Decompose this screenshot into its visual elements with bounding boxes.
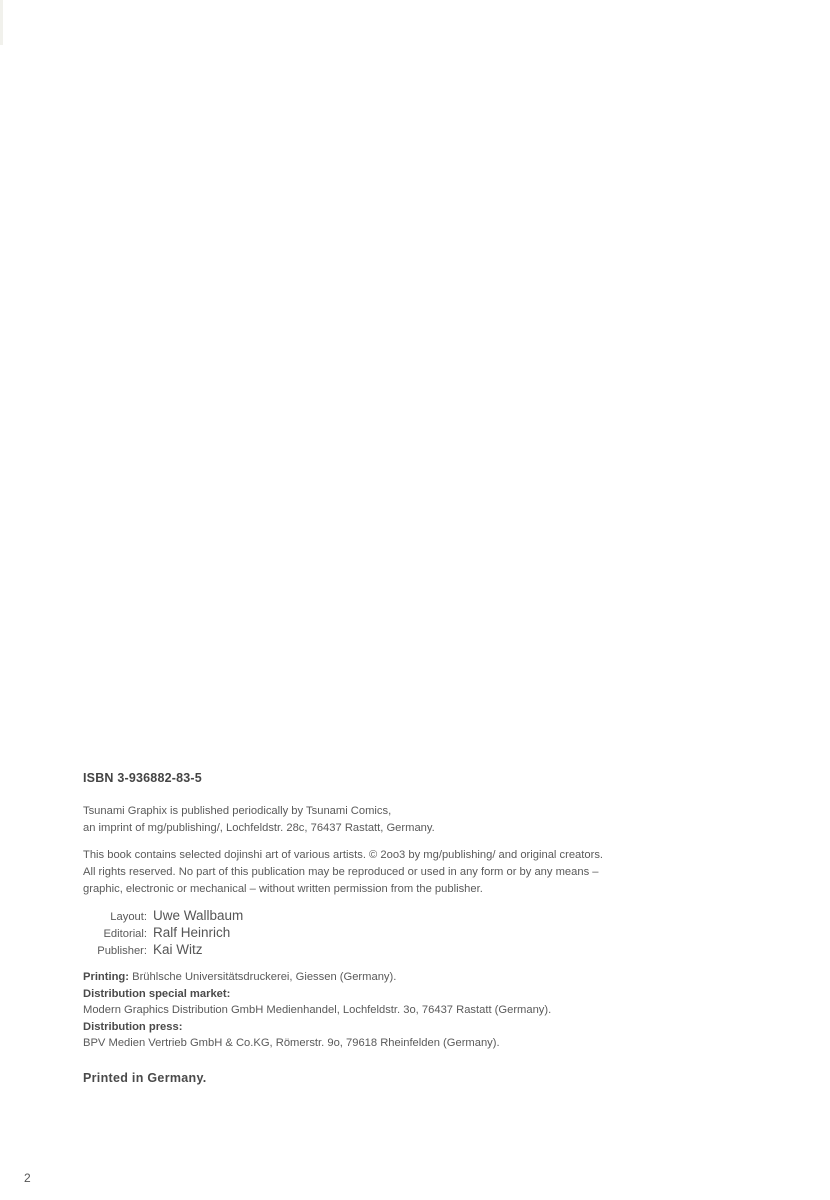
- rights-line: All rights reserved. No part of this pub…: [83, 864, 743, 881]
- publisher-line: an imprint of mg/publishing/, Lochfeldst…: [83, 820, 743, 837]
- page-number: 2: [24, 1171, 31, 1185]
- credits-list: Layout: Uwe Wallbaum Editorial: Ralf Hei…: [83, 908, 743, 959]
- distribution-special-label: Distribution special market:: [83, 986, 743, 1003]
- imprint-block: ISBN 3-936882-83-5 Tsunami Graphix is pu…: [83, 771, 743, 1085]
- printed-in: Printed in Germany.: [83, 1071, 743, 1085]
- printing-line: Printing: Brühlsche Universitätsdruckere…: [83, 969, 743, 986]
- credit-value: Uwe Wallbaum: [153, 908, 243, 923]
- credit-label: Editorial:: [83, 928, 147, 940]
- credit-layout: Layout: Uwe Wallbaum: [83, 908, 743, 925]
- isbn: ISBN 3-936882-83-5: [83, 771, 743, 785]
- page-edge-shadow: [0, 0, 3, 45]
- distribution-press-value: BPV Medien Vertrieb GmbH & Co.KG, Römers…: [83, 1035, 743, 1052]
- publisher-line: Tsunami Graphix is published periodicall…: [83, 803, 743, 820]
- distribution-press-label: Distribution press:: [83, 1019, 743, 1036]
- credit-label: Layout:: [83, 911, 147, 923]
- rights-line: This book contains selected dojinshi art…: [83, 847, 743, 864]
- credit-value: Ralf Heinrich: [153, 925, 230, 940]
- credit-publisher: Publisher: Kai Witz: [83, 942, 743, 959]
- distribution-special-value: Modern Graphics Distribution GmbH Medien…: [83, 1002, 743, 1019]
- rights-paragraph: This book contains selected dojinshi art…: [83, 847, 743, 898]
- publisher-paragraph: Tsunami Graphix is published periodicall…: [83, 803, 743, 837]
- credit-value: Kai Witz: [153, 942, 203, 957]
- distribution-info: Printing: Brühlsche Universitätsdruckere…: [83, 969, 743, 1052]
- printing-label: Printing:: [83, 971, 129, 983]
- printing-value: Brühlsche Universitätsdruckerei, Giessen…: [129, 971, 396, 983]
- rights-line: graphic, electronic or mechanical – with…: [83, 881, 743, 898]
- credit-editorial: Editorial: Ralf Heinrich: [83, 925, 743, 942]
- credit-label: Publisher:: [83, 945, 147, 957]
